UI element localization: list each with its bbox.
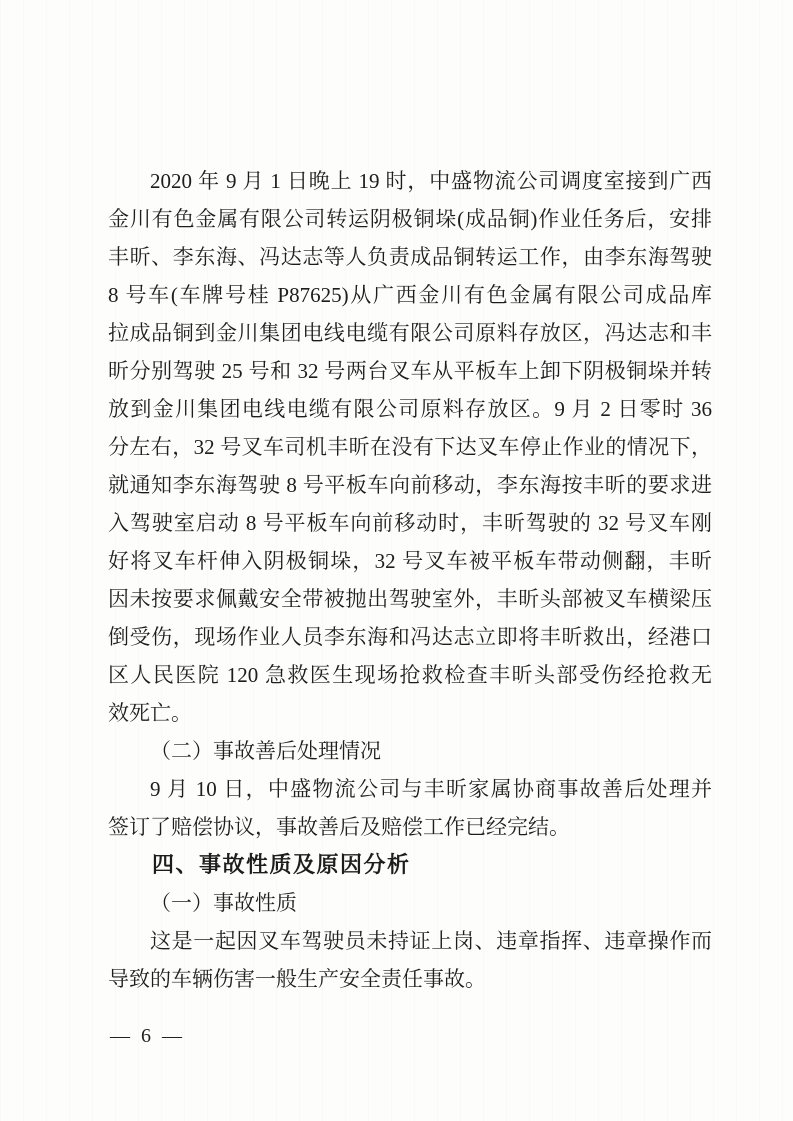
text-line: 8 号车(车牌号桂 P87625)从广西金川有色金属有限公司成品库 [108,276,712,314]
subheading-nature: （一）事故性质 [108,884,712,922]
text-line: 效死亡。 [108,694,712,732]
document-text: 2020 年 9 月 1 日晚上 19 时，中盛物流公司调度室接到广西金川有色金… [108,162,712,998]
scanned-page: 2020 年 9 月 1 日晚上 19 时，中盛物流公司调度室接到广西金川有色金… [0,0,793,1121]
text-line: 区人民医院 120 急救医生现场抢救检查丰昕头部受伤经抢救无 [108,656,712,694]
page-number: — 6 — [110,1022,185,1050]
text-line: 2020 年 9 月 1 日晚上 19 时，中盛物流公司调度室接到广西 [108,162,712,200]
text-line: 倒受伤，现场作业人员李东海和冯达志立即将丰昕救出，经港口 [108,618,712,656]
text-line: 昕分别驾驶 25 号和 32 号两台叉车从平板车上卸下阴极铜垛并转 [108,352,712,390]
text-line: 金川有色金属有限公司转运阴极铜垛(成品铜)作业任务后，安排 [108,200,712,238]
subheading-aftermath: （二）事故善后处理情况 [108,732,712,770]
text-line: 入驾驶室启动 8 号平板车向前移动时，丰昕驾驶的 32 号叉车刚 [108,504,712,542]
text-line: 导致的车辆伤害一般生产安全责任事故。 [108,960,712,998]
text-line: 好将叉车杆伸入阴极铜垛，32 号叉车被平板车带动侧翻，丰昕 [108,542,712,580]
text-line: 因未按要求佩戴安全带被抛出驾驶室外，丰昕头部被叉车横梁压 [108,580,712,618]
text-line: 9 月 10 日，中盛物流公司与丰昕家属协商事故善后处理并 [108,770,712,808]
text-line: 就通知李东海驾驶 8 号平板车向前移动，李东海按丰昕的要求进 [108,466,712,504]
text-line: 放到金川集团电线电缆有限公司原料存放区。9 月 2 日零时 36 [108,390,712,428]
text-line: 签订了赔偿协议，事故善后及赔偿工作已经完结。 [108,808,712,846]
text-line: 丰昕、李东海、冯达志等人负责成品铜转运工作，由李东海驾驶 [108,238,712,276]
text-line: 这是一起因叉车驾驶员未持证上岗、违章指挥、违章操作而 [108,922,712,960]
text-line: 分左右，32 号叉车司机丰昕在没有下达叉车停止作业的情况下， [108,428,712,466]
section-heading-4: 四、事故性质及原因分析 [108,846,712,884]
text-line: 拉成品铜到金川集团电线电缆有限公司原料存放区，冯达志和丰 [108,314,712,352]
